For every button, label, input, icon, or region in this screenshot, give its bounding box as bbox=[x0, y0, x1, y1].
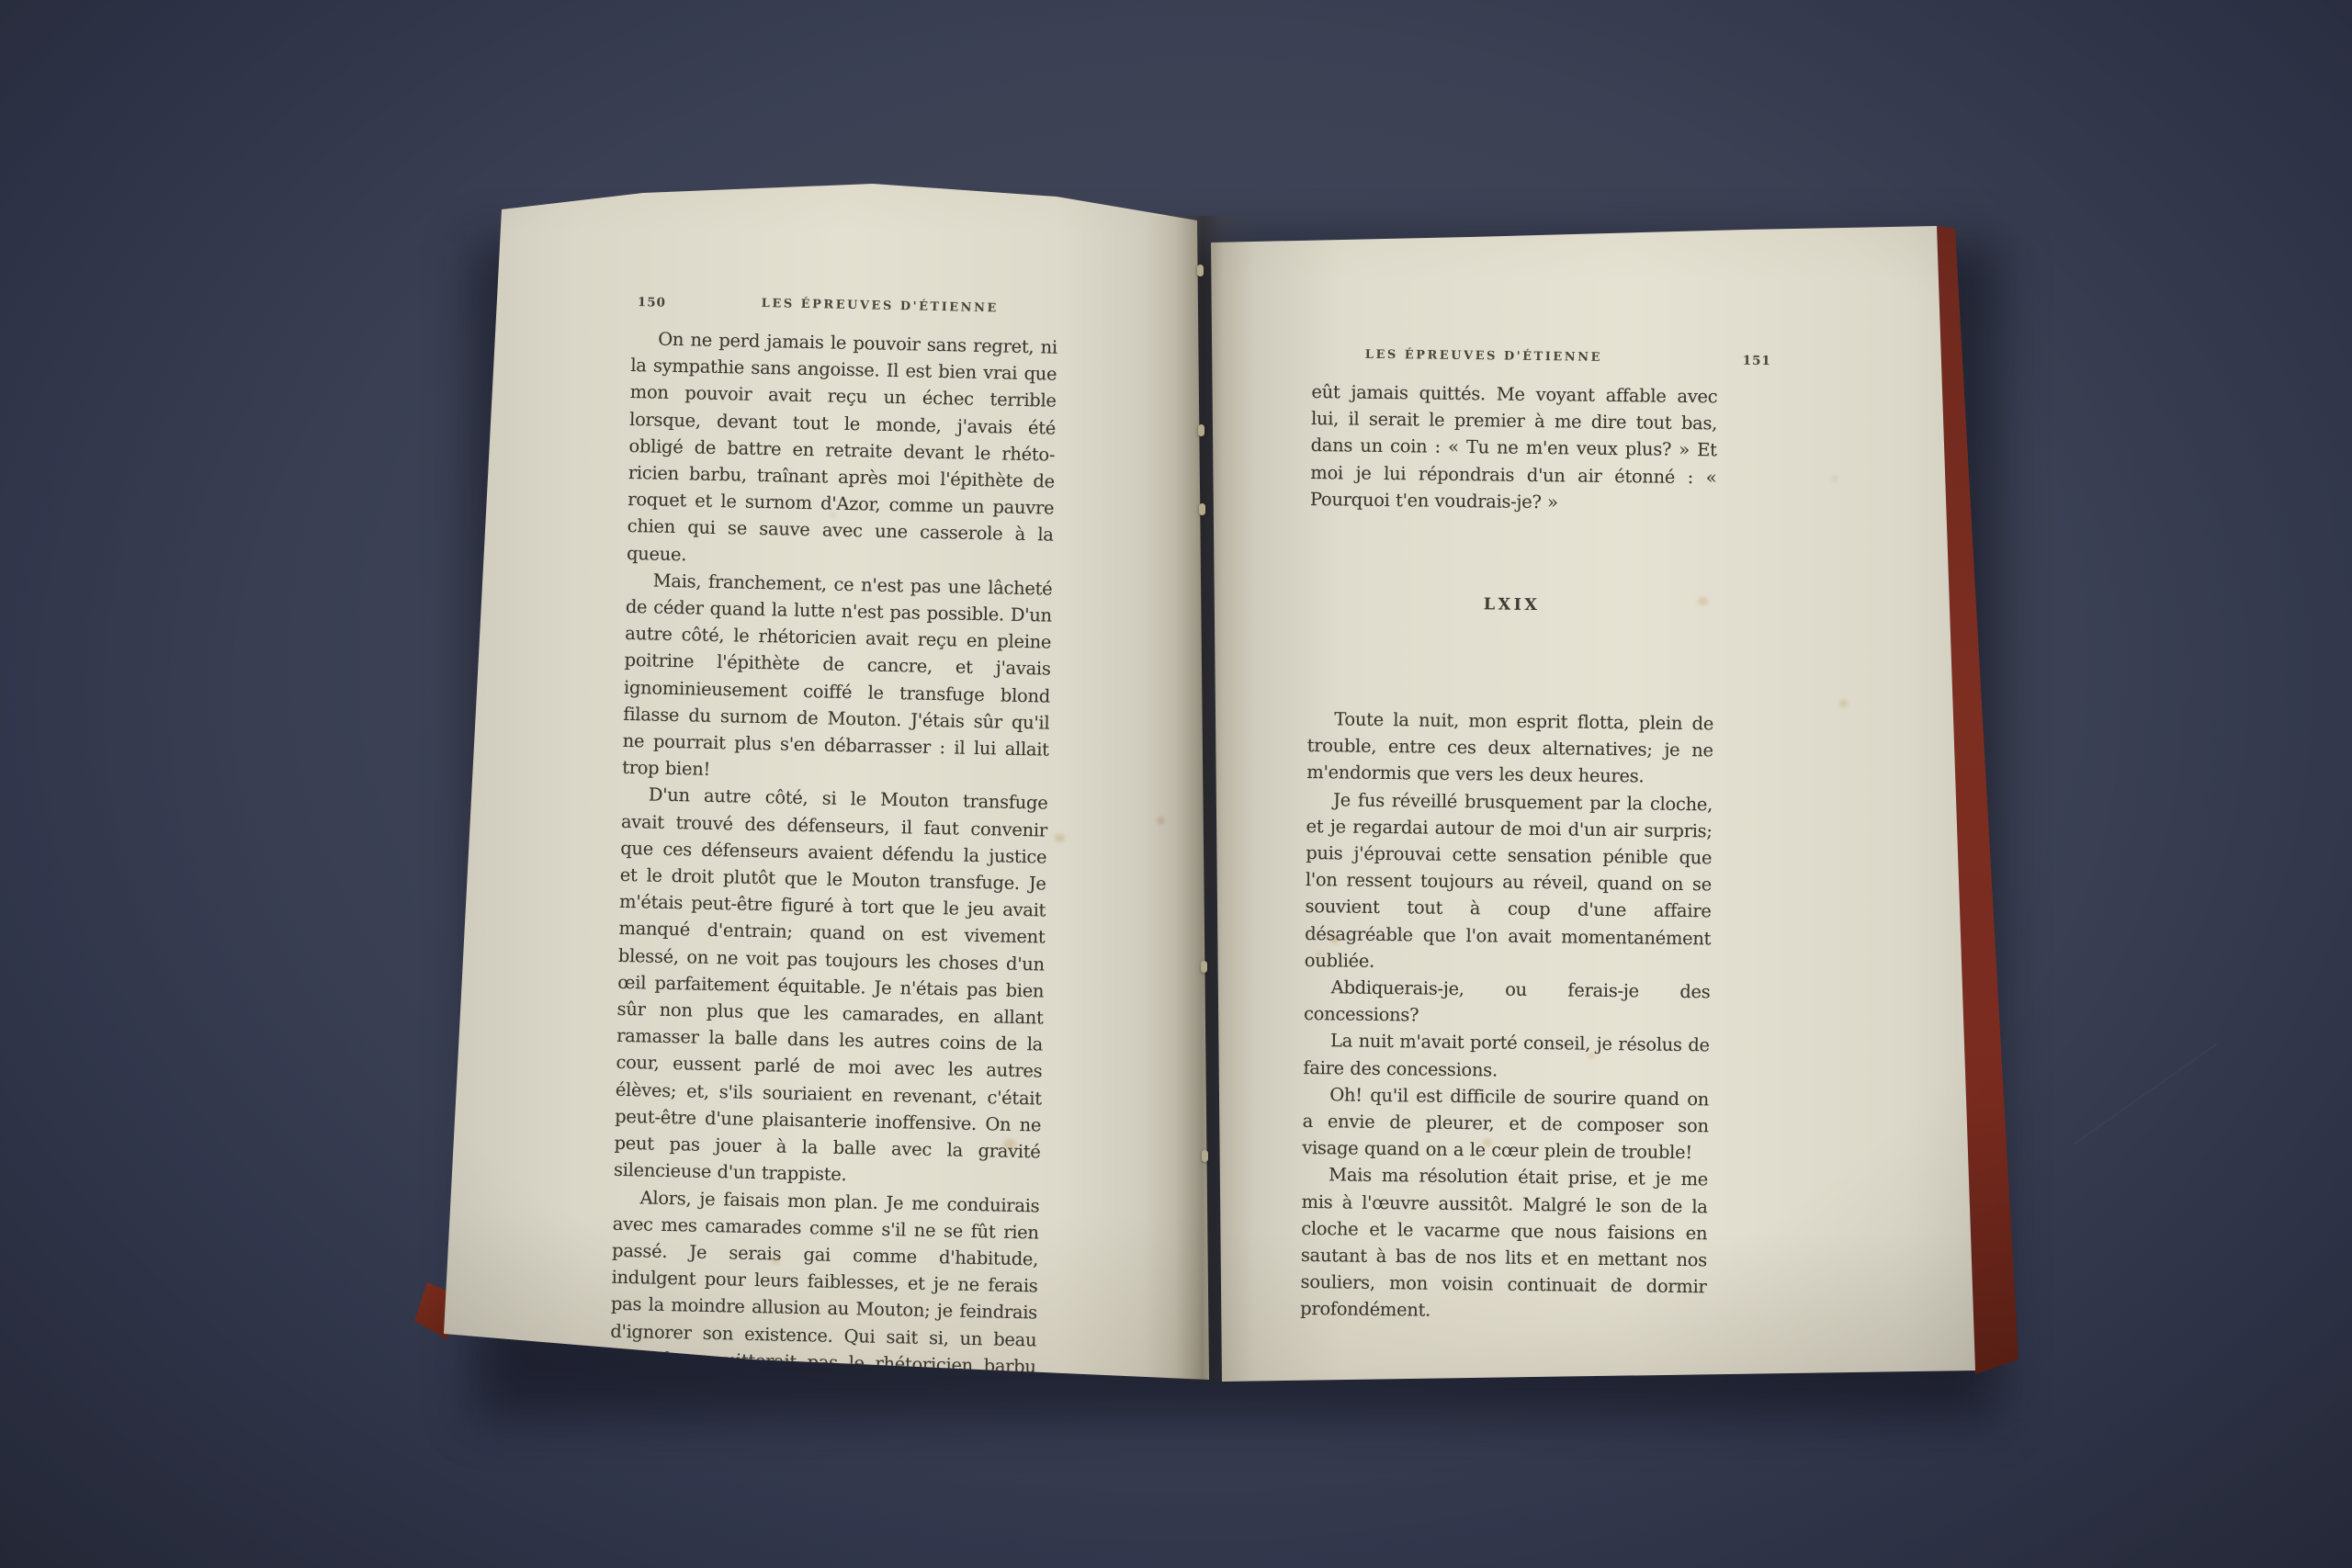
foxing-spot bbox=[831, 513, 836, 518]
foxing-spot bbox=[1839, 700, 1848, 707]
right-page-text: LES ÉPREUVES D'ÉTIENNE 151 eût jamais qu… bbox=[1300, 347, 1718, 1327]
binding-stitch bbox=[1198, 424, 1204, 436]
paragraph: Toute la nuit, mon esprit flotta, plein … bbox=[1306, 705, 1713, 791]
left-page-body: On ne perd jamais le pouvoir sans regret… bbox=[608, 325, 1057, 1434]
paragraph: Mais ma résolution était prise, et je me… bbox=[1300, 1161, 1708, 1327]
left-page-text: 150 LES ÉPREUVES D'ÉTIENNE On ne perd ja… bbox=[608, 294, 1058, 1434]
background-scratch bbox=[2074, 1043, 2218, 1145]
foxing-spot bbox=[1003, 1139, 1016, 1149]
foxing-spot bbox=[1330, 935, 1340, 943]
continuation-paragraph: eût jamais quittés. Me voyant affable av… bbox=[1310, 378, 1718, 517]
left-page-number: 150 bbox=[638, 295, 667, 310]
foxing-spot bbox=[1588, 1053, 1595, 1059]
paragraph: Oh! qu'il est difficile de sourire quand… bbox=[1302, 1081, 1709, 1167]
right-page-number: 151 bbox=[1743, 354, 1771, 368]
left-running-head: 150 LES ÉPREUVES D'ÉTIENNE bbox=[632, 294, 1058, 321]
right-page-body: Toute la nuit, mon esprit flotta, plein … bbox=[1300, 705, 1713, 1327]
paragraph: On ne perd jamais le pouvoir sans regret… bbox=[627, 325, 1057, 575]
left-running-title: LES ÉPREUVES D'ÉTIENNE bbox=[667, 295, 1093, 318]
foxing-spot bbox=[1158, 818, 1164, 824]
foxing-spot bbox=[1832, 476, 1837, 481]
right-running-head: LES ÉPREUVES D'ÉTIENNE 151 bbox=[1312, 347, 1718, 370]
paragraph: D'un autre côté, si le Mouton transfuge … bbox=[614, 781, 1048, 1192]
left-page: 150 LES ÉPREUVES D'ÉTIENNE On ne perd ja… bbox=[441, 147, 1213, 1387]
right-page: LES ÉPREUVES D'ÉTIENNE 151 eût jamais qu… bbox=[1194, 211, 2021, 1396]
binding-stitch bbox=[1197, 265, 1204, 276]
foxing-spot bbox=[1698, 597, 1708, 605]
paragraph: Je fus réveillé brusquement par la cloch… bbox=[1305, 786, 1713, 979]
foxing-spot bbox=[1483, 1139, 1492, 1146]
binding-stitch bbox=[1201, 961, 1207, 973]
right-running-title: LES ÉPREUVES D'ÉTIENNE bbox=[1281, 347, 1687, 366]
foxing-spot bbox=[1055, 834, 1065, 842]
paragraph: Abdiquerais-je, ou ferais-je des concess… bbox=[1304, 974, 1711, 1032]
binding-stitch bbox=[1199, 503, 1205, 515]
photo-scene: 150 LES ÉPREUVES D'ÉTIENNE On ne perd ja… bbox=[0, 0, 2352, 1568]
paragraph: La nuit m'avait porté conseil, je résolu… bbox=[1303, 1027, 1710, 1086]
paragraph: Mais, franchement, ce n'est pas une lâch… bbox=[622, 567, 1053, 790]
binding-stitch bbox=[1202, 1150, 1208, 1162]
foxing-spot bbox=[772, 1257, 780, 1264]
foxing-spot bbox=[1316, 952, 1322, 957]
chapter-heading: LXIX bbox=[1308, 593, 1714, 616]
